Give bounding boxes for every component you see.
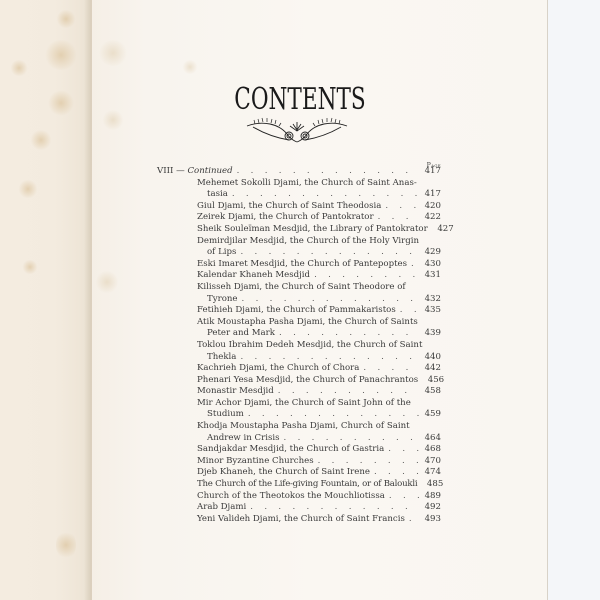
page-number: 429: [419, 247, 441, 259]
dot-leader: . . . . . . . . . . . . . . . . . . . . …: [236, 247, 419, 259]
fleuron-ornament-icon: [243, 116, 351, 148]
entry-title: Giul Djami, the Church of Saint Theodosi…: [197, 201, 381, 213]
toc-entry[interactable]: Zeirek Djami, the Church of Pantokrator …: [157, 212, 441, 224]
toc-entry-continuation[interactable]: Andrew in Crisis . . . . . . . . . . . .…: [157, 433, 441, 445]
entry-title-continued: Thekla: [207, 352, 236, 364]
entry-title: The Church of the Life-giving Fountain, …: [197, 479, 417, 491]
dot-leader: . . . . . . . . . . . . . . . . . . . . …: [407, 259, 419, 271]
toc-entry-line[interactable]: Kilisseh Djami, the Church of Saint Theo…: [157, 282, 441, 294]
foxing-spot: [182, 60, 198, 74]
foxing-spot: [22, 260, 38, 274]
chapter-label: Continued: [187, 166, 232, 176]
dot-leader: . . . . . . . . . . . . . . . . . . . . …: [359, 363, 419, 375]
entry-title: Djeb Khaneh, the Church of Saint Irene: [197, 467, 370, 479]
entry-title: Church of the Theotokos the Mouchliotiss…: [197, 491, 385, 503]
chapter-heading: VIII — Continued: [157, 166, 233, 178]
entry-title: Kachrieh Djami, the Church of Chora: [197, 363, 359, 375]
entry-title-continued: of Lips: [207, 247, 236, 259]
page-number: 442: [419, 363, 441, 375]
page-number: 492: [419, 502, 441, 514]
toc-entry-continuation[interactable]: Studium . . . . . . . . . . . . . . . . …: [157, 409, 441, 421]
toc-entry[interactable]: Kalendar Khaneh Mesdjid . . . . . . . . …: [157, 270, 441, 282]
chapter-numeral: VIII —: [157, 166, 187, 176]
dot-leader: . . . . . . . . . . . . . . . . . . . . …: [238, 294, 420, 306]
toc-entry-line[interactable]: Khodja Moustapha Pasha Djami, Church of …: [157, 421, 441, 433]
foxing-spot: [96, 270, 118, 294]
entry-title: Khodja Moustapha Pasha Djami, Church of …: [197, 421, 410, 433]
table-of-contents: Page VIII — Continued . . . . . . . . . …: [157, 166, 441, 525]
entry-title: Atik Moustapha Pasha Djami, the Church o…: [197, 317, 418, 329]
dot-leader: . . . . . . . . . . . . . . . . . . . . …: [385, 491, 419, 503]
page-number: 417: [419, 189, 441, 201]
entry-title: Kalendar Khaneh Mesdjid: [197, 270, 310, 282]
entry-title-continued: tasia: [207, 189, 228, 201]
toc-entry-line[interactable]: Toklou Ibrahim Dedeh Mesdjid, the Church…: [157, 340, 441, 352]
dot-leader: . . . . . . . . . . . . . . . . . . . . …: [236, 352, 419, 364]
toc-entry[interactable]: Eski Imaret Mesdjid, the Church of Pante…: [157, 259, 441, 271]
foxing-spot: [18, 180, 38, 198]
page-number: 464: [419, 433, 441, 445]
toc-entry-continuation[interactable]: of Lips . . . . . . . . . . . . . . . . …: [157, 247, 441, 259]
dot-leader: . . . . . . . . . . . . . . . . . . . . …: [314, 456, 419, 468]
dot-leader: . . . . . . . . . . . . . . . . . . . . …: [310, 270, 419, 282]
entry-title: Fetihieh Djami, the Church of Pammakaris…: [197, 305, 396, 317]
page-number: 493: [419, 514, 441, 526]
book-spread-photo: CONTENTS Page VIII — Continued . . . . .…: [0, 0, 600, 600]
foxing-spot: [44, 40, 78, 70]
page-number: 470: [419, 456, 441, 468]
entry-title: Eski Imaret Mesdjid, the Church of Pante…: [197, 259, 407, 271]
entry-title: Phenari Yesa Mesdjid, the Church of Pana…: [197, 375, 418, 387]
page-number: 468: [419, 444, 441, 456]
background-surface: [548, 0, 600, 600]
toc-entry-continuation[interactable]: tasia . . . . . . . . . . . . . . . . . …: [157, 189, 441, 201]
toc-entry-continuation[interactable]: Tyrone . . . . . . . . . . . . . . . . .…: [157, 294, 441, 306]
entry-title: Zeirek Djami, the Church of Pantokrator: [197, 212, 374, 224]
entry-title-continued: Andrew in Crisis: [207, 433, 280, 445]
toc-entry-line[interactable]: Mehemet Sokolli Djami, the Church of Sai…: [157, 178, 441, 190]
toc-chapter-row[interactable]: VIII — Continued . . . . . . . . . . . .…: [157, 166, 441, 178]
entry-title: Yeni Valideh Djami, the Church of Saint …: [197, 514, 405, 526]
toc-entry[interactable]: Sandjakdar Mesdjid, the Church of Gastri…: [157, 444, 441, 456]
entry-title: Monastir Mesdjid: [197, 386, 274, 398]
toc-entry[interactable]: Sheik Souleïman Mesdjid, the Library of …: [157, 224, 441, 236]
toc-entry[interactable]: Giul Djami, the Church of Saint Theodosi…: [157, 201, 441, 213]
page-number: 422: [419, 212, 441, 224]
entry-title: Demirdjilar Mesdjid, the Church of the H…: [197, 236, 419, 248]
toc-entry[interactable]: Arab Djami . . . . . . . . . . . . . . .…: [157, 502, 441, 514]
page-number: 417: [419, 166, 441, 178]
toc-entry[interactable]: Minor Byzantine Churches . . . . . . . .…: [157, 456, 441, 468]
page-number: 474: [419, 467, 441, 479]
page-number: 440: [419, 352, 441, 364]
entry-title-continued: Peter and Mark: [207, 328, 275, 340]
dot-leader: . . . . . . . . . . . . . . . . . . . . …: [244, 409, 419, 421]
facing-page-left: [0, 0, 92, 600]
toc-entry[interactable]: Fetihieh Djami, the Church of Pammakaris…: [157, 305, 441, 317]
foxing-spot: [48, 90, 74, 116]
page-number: 439: [419, 328, 441, 340]
page-number: 430: [419, 259, 441, 271]
entry-title: Mehemet Sokolli Djami, the Church of Sai…: [197, 178, 417, 190]
dot-leader: . . . . . . . . . . . . . . . . . . . . …: [374, 212, 419, 224]
toc-entry[interactable]: Djeb Khaneh, the Church of Saint Irene .…: [157, 467, 441, 479]
toc-entry[interactable]: Yeni Valideh Djami, the Church of Saint …: [157, 514, 441, 526]
page-number: 427: [432, 224, 454, 236]
foxing-spot: [56, 10, 76, 28]
entry-title: Arab Djami: [197, 502, 246, 514]
entry-title: Kilisseh Djami, the Church of Saint Theo…: [197, 282, 406, 294]
dot-leader: . . . . . . . . . . . . . . . . . . . . …: [274, 386, 419, 398]
dot-leader: . . . . . . . . . . . . . . . . . . . . …: [246, 502, 419, 514]
toc-entry[interactable]: Phenari Yesa Mesdjid, the Church of Pana…: [157, 375, 441, 387]
entry-title-continued: Tyrone: [207, 294, 238, 306]
toc-entry[interactable]: Church of the Theotokos the Mouchliotiss…: [157, 491, 441, 503]
page-title: CONTENTS: [84, 82, 516, 117]
foxing-spot: [10, 60, 28, 76]
toc-entry-continuation[interactable]: Thekla . . . . . . . . . . . . . . . . .…: [157, 352, 441, 364]
entry-title: Sheik Souleïman Mesdjid, the Library of …: [197, 224, 428, 236]
dot-leader: . . . . . . . . . . . . . . . . . . . . …: [233, 166, 419, 178]
dot-leader: . . . . . . . . . . . . . . . . . . . . …: [396, 305, 419, 317]
dot-leader: . . . . . . . . . . . . . . . . . . . . …: [228, 189, 419, 201]
page-number: 458: [419, 386, 441, 398]
page-number: 432: [419, 294, 441, 306]
entry-title: Toklou Ibrahim Dedeh Mesdjid, the Church…: [197, 340, 422, 352]
toc-entry[interactable]: Monastir Mesdjid . . . . . . . . . . . .…: [157, 386, 441, 398]
page-number: 456: [422, 375, 444, 387]
toc-entry[interactable]: Kachrieh Djami, the Church of Chora . . …: [157, 363, 441, 375]
toc-entry-line[interactable]: Atik Moustapha Pasha Djami, the Church o…: [157, 317, 441, 329]
page-number: 431: [419, 270, 441, 282]
entry-title: Sandjakdar Mesdjid, the Church of Gastri…: [197, 444, 384, 456]
dot-leader: . . . . . . . . . . . . . . . . . . . . …: [370, 467, 419, 479]
dot-leader: . . . . . . . . . . . . . . . . . . . . …: [280, 433, 419, 445]
entry-title: Minor Byzantine Churches: [197, 456, 314, 468]
toc-entry-line[interactable]: Mir Achor Djami, the Church of Saint Joh…: [157, 398, 441, 410]
toc-entry-line[interactable]: Demirdjilar Mesdjid, the Church of the H…: [157, 236, 441, 248]
dot-leader: . . . . . . . . . . . . . . . . . . . . …: [275, 328, 419, 340]
page-number: 459: [419, 409, 441, 421]
entry-title-continued: Studium: [207, 409, 244, 421]
dot-leader: . . . . . . . . . . . . . . . . . . . . …: [405, 514, 419, 526]
page-number: 420: [419, 201, 441, 213]
toc-entry[interactable]: The Church of the Life-giving Fountain, …: [157, 479, 441, 491]
dot-leader: . . . . . . . . . . . . . . . . . . . . …: [381, 201, 419, 213]
page-number: 435: [419, 305, 441, 317]
entry-title: Mir Achor Djami, the Church of Saint Joh…: [197, 398, 411, 410]
page-number: 489: [419, 491, 441, 503]
foxing-spot: [98, 40, 128, 66]
page-number: 485: [421, 479, 443, 491]
foxing-spot: [56, 530, 76, 560]
dot-leader: . . . . . . . . . . . . . . . . . . . . …: [384, 444, 419, 456]
foxing-spot: [30, 130, 52, 150]
toc-entry-continuation[interactable]: Peter and Mark . . . . . . . . . . . . .…: [157, 328, 441, 340]
